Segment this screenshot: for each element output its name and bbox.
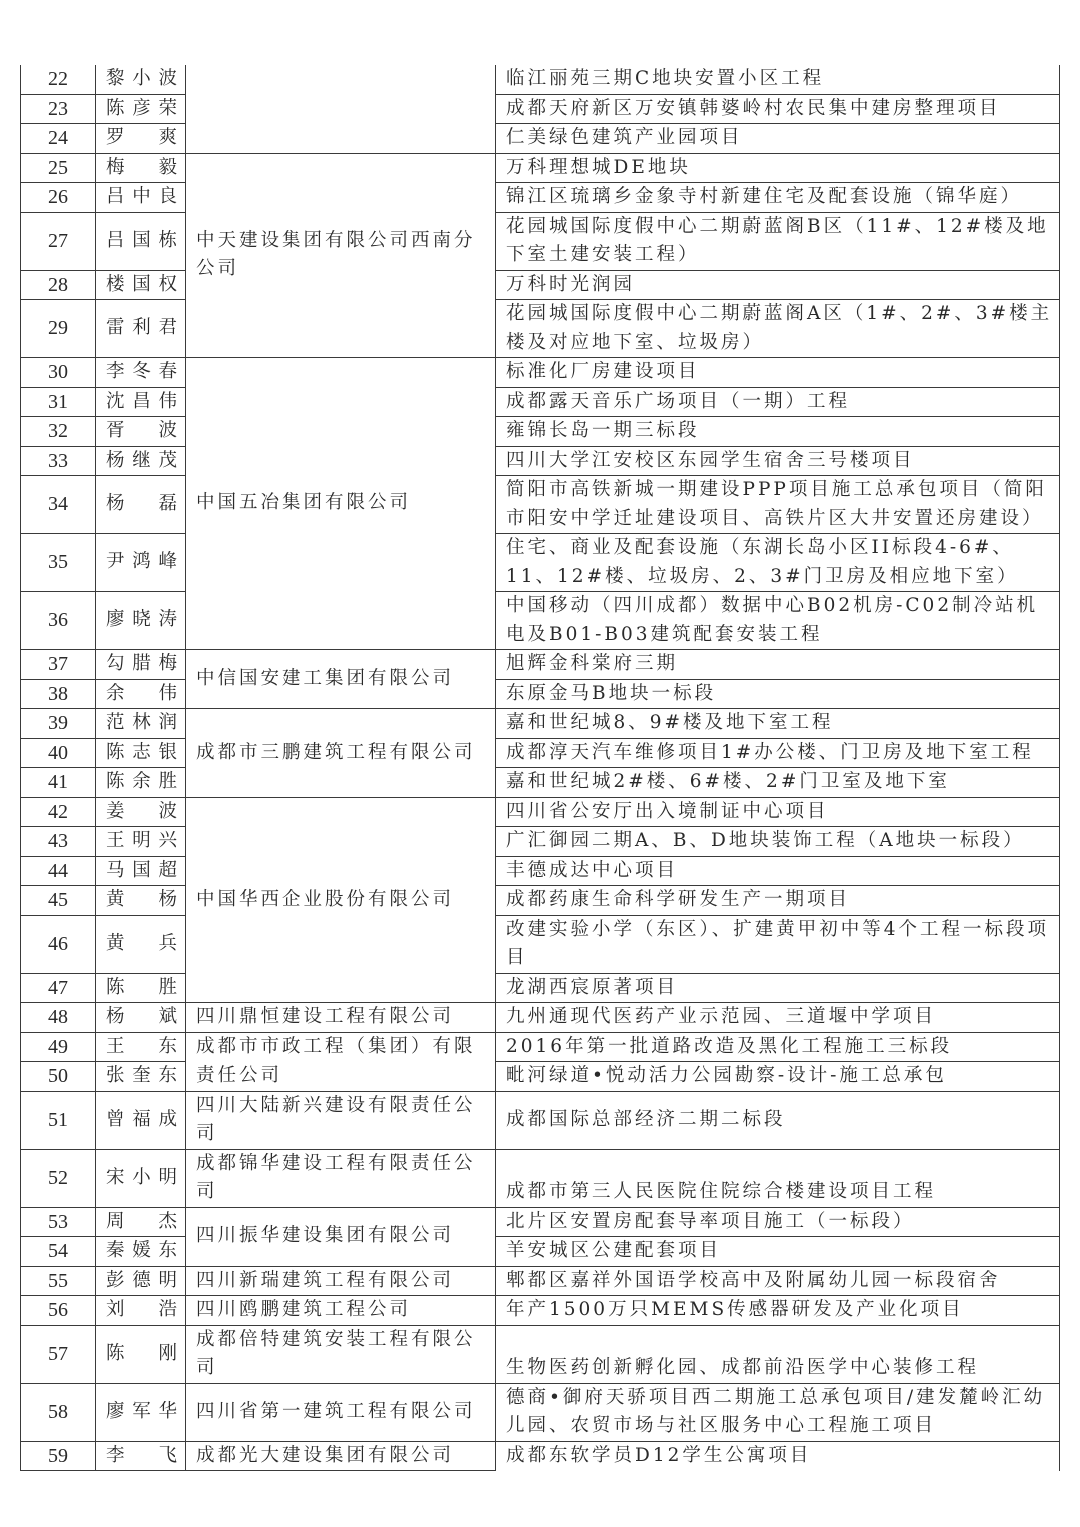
person-name: 廖晓涛	[96, 592, 186, 650]
row-number: 57	[21, 1325, 96, 1383]
project-name: 成都天府新区万安镇韩婆岭村农民集中建房整理项目	[496, 94, 1060, 124]
company-name: 中国五冶集团有限公司	[186, 358, 496, 650]
company-name: 成都倍特建筑安装工程有限公司	[186, 1325, 496, 1383]
table-row: 36 廖晓涛 中国移动（四川成都）数据中心B02机房-C02制冷站机电及B01-…	[21, 592, 1060, 650]
person-name: 余 伟	[96, 679, 186, 709]
project-name: 中国移动（四川成都）数据中心B02机房-C02制冷站机电及B01-B03建筑配套…	[496, 592, 1060, 650]
project-name: 嘉和世纪城2#楼、6#楼、2#门卫室及地下室	[496, 768, 1060, 798]
row-number: 34	[21, 476, 96, 534]
person-name: 吕国栋	[96, 212, 186, 270]
project-name: 简阳市高铁新城一期建设PPP项目施工总承包项目（简阳市阳安中学迁址建设项目、高铁…	[496, 476, 1060, 534]
project-name: 改建实验小学（东区）、扩建黄甲初中等4个工程一标段项目	[496, 915, 1060, 973]
person-name: 刘 浩	[96, 1296, 186, 1326]
person-name: 王明兴	[96, 827, 186, 857]
person-name: 曾福成	[96, 1091, 186, 1149]
table-row: 42 姜 波 中国华西企业股份有限公司 四川省公安厅出入境制证中心项目	[21, 797, 1060, 827]
project-name: 嘉和世纪城8、9#楼及地下室工程	[496, 709, 1060, 739]
row-number: 24	[21, 124, 96, 154]
table-row: 44 马国超 丰德成达中心项目	[21, 856, 1060, 886]
project-name: 成都东软学员D12学生公寓项目	[496, 1441, 1060, 1471]
table-row: 28 楼国权 万科时光润园	[21, 270, 1060, 300]
table-row: 48 杨 斌 四川鼎恒建设工程有限公司 九州通现代医药产业示范园、三道堰中学项目	[21, 1003, 1060, 1033]
row-number: 41	[21, 768, 96, 798]
company-name: 成都市三鹏建筑工程有限公司	[186, 709, 496, 798]
table-row: 26 吕中良 锦江区琉璃乡金象寺村新建住宅及配套设施（锦华庭）	[21, 183, 1060, 213]
table-row: 37 勾腊梅 中信国安建工集团有限公司 旭辉金科棠府三期	[21, 650, 1060, 680]
row-number: 49	[21, 1032, 96, 1062]
row-number: 52	[21, 1149, 96, 1207]
row-number: 22	[21, 65, 96, 94]
table-row: 24 罗 爽 仁美绿色建筑产业园项目	[21, 124, 1060, 154]
row-number: 38	[21, 679, 96, 709]
project-name: 雍锦长岛一期三标段	[496, 417, 1060, 447]
person-name: 吕中良	[96, 183, 186, 213]
person-name: 梅 毅	[96, 153, 186, 183]
table-row: 59 李 飞 成都光大建设集团有限公司 成都东软学员D12学生公寓项目	[21, 1441, 1060, 1471]
project-name: 花园城国际度假中心二期蔚蓝阁B区（11#、12#楼及地下室土建安装工程）	[496, 212, 1060, 270]
row-number: 37	[21, 650, 96, 680]
person-name: 宋小明	[96, 1149, 186, 1207]
table-row: 33 杨继茂 四川大学江安校区东园学生宿舍三号楼项目	[21, 446, 1060, 476]
person-name: 黄 杨	[96, 886, 186, 916]
table-row: 29 雷利君 花园城国际度假中心二期蔚蓝阁A区（1#、2#、3#楼主楼及对应地下…	[21, 300, 1060, 358]
row-number: 46	[21, 915, 96, 973]
person-name: 廖军华	[96, 1383, 186, 1441]
company-name: 成都光大建设集团有限公司	[186, 1441, 496, 1471]
person-name: 雷利君	[96, 300, 186, 358]
person-name: 周 杰	[96, 1207, 186, 1237]
person-name: 罗 爽	[96, 124, 186, 154]
table-row: 38 余 伟 东原金马B地块一标段	[21, 679, 1060, 709]
row-number: 35	[21, 534, 96, 592]
project-name: 临江丽苑三期C地块安置小区工程	[496, 65, 1060, 94]
company-name: 四川大陆新兴建设有限责任公司	[186, 1091, 496, 1149]
table-row: 47 陈 胜 龙湖西宸原著项目	[21, 973, 1060, 1003]
table-row: 32 胥 波 雍锦长岛一期三标段	[21, 417, 1060, 447]
row-number: 42	[21, 797, 96, 827]
person-name: 马国超	[96, 856, 186, 886]
person-name: 杨继茂	[96, 446, 186, 476]
row-number: 43	[21, 827, 96, 857]
project-name: 羊安城区公建配套项目	[496, 1237, 1060, 1267]
table-row: 41 陈余胜 嘉和世纪城2#楼、6#楼、2#门卫室及地下室	[21, 768, 1060, 798]
person-name: 陈彦荣	[96, 94, 186, 124]
project-name: 四川省公安厅出入境制证中心项目	[496, 797, 1060, 827]
table-row: 39 范林润 成都市三鹏建筑工程有限公司 嘉和世纪城8、9#楼及地下室工程	[21, 709, 1060, 739]
project-name: 德商•御府天骄项目西二期施工总承包项目/建发麓岭汇幼儿园、农贸市场与社区服务中心…	[496, 1383, 1060, 1441]
row-number: 59	[21, 1441, 96, 1471]
row-number: 25	[21, 153, 96, 183]
company-name: 中国华西企业股份有限公司	[186, 797, 496, 1003]
company-name: 中天建设集团有限公司西南分公司	[186, 153, 496, 358]
project-name: 成都露天音乐广场项目（一期）工程	[496, 387, 1060, 417]
table-row: 35 尹鸿峰 住宅、商业及配套设施（东湖长岛小区II标段4-6#、11、12#楼…	[21, 534, 1060, 592]
project-name: 成都国际总部经济二期二标段	[496, 1091, 1060, 1149]
table-row: 57 陈 刚 成都倍特建筑安装工程有限公司 生物医药创新孵化园、成都前沿医学中心…	[21, 1325, 1060, 1383]
row-number: 58	[21, 1383, 96, 1441]
company-name: 四川振华建设集团有限公司	[186, 1207, 496, 1266]
project-name: 龙湖西宸原著项目	[496, 973, 1060, 1003]
person-name: 王 东	[96, 1032, 186, 1062]
table-row: 23 陈彦荣 成都天府新区万安镇韩婆岭村农民集中建房整理项目	[21, 94, 1060, 124]
project-name: 年产1500万只MEMS传感器研发及产业化项目	[496, 1296, 1060, 1326]
row-number: 29	[21, 300, 96, 358]
person-name: 楼国权	[96, 270, 186, 300]
row-number: 54	[21, 1237, 96, 1267]
table-row: 43 王明兴 广汇御园二期A、B、D地块装饰工程（A地块一标段）	[21, 827, 1060, 857]
table-row: 51 曾福成 四川大陆新兴建设有限责任公司 成都国际总部经济二期二标段	[21, 1091, 1060, 1149]
project-name: 郫都区嘉祥外国语学校高中及附属幼儿园一标段宿舍	[496, 1266, 1060, 1296]
table-row: 34 杨 磊 简阳市高铁新城一期建设PPP项目施工总承包项目（简阳市阳安中学迁址…	[21, 476, 1060, 534]
row-number: 48	[21, 1003, 96, 1033]
project-name: 四川大学江安校区东园学生宿舍三号楼项目	[496, 446, 1060, 476]
project-name: 广汇御园二期A、B、D地块装饰工程（A地块一标段）	[496, 827, 1060, 857]
row-number: 33	[21, 446, 96, 476]
project-name: 毗河绿道•悦动活力公园勘察-设计-施工总承包	[496, 1062, 1060, 1092]
project-name: 住宅、商业及配套设施（东湖长岛小区II标段4-6#、11、12#楼、垃圾房、2、…	[496, 534, 1060, 592]
person-name: 胥 波	[96, 417, 186, 447]
table-row: 45 黄 杨 成都药康生命科学研发生产一期项目	[21, 886, 1060, 916]
row-number: 53	[21, 1207, 96, 1237]
table-row: 46 黄 兵 改建实验小学（东区）、扩建黄甲初中等4个工程一标段项目	[21, 915, 1060, 973]
company-name: 成都市市政工程（集团）有限责任公司	[186, 1032, 496, 1091]
table-row: 27 吕国栋 花园城国际度假中心二期蔚蓝阁B区（11#、12#楼及地下室土建安装…	[21, 212, 1060, 270]
person-name: 陈余胜	[96, 768, 186, 798]
table-row: 50 张奎东 毗河绿道•悦动活力公园勘察-设计-施工总承包	[21, 1062, 1060, 1092]
row-number: 39	[21, 709, 96, 739]
person-name: 杨 斌	[96, 1003, 186, 1033]
row-number: 51	[21, 1091, 96, 1149]
company-name: 成都锦华建设工程有限责任公司	[186, 1149, 496, 1207]
person-name: 沈昌伟	[96, 387, 186, 417]
table-row: 58 廖军华 四川省第一建筑工程有限公司 德商•御府天骄项目西二期施工总承包项目…	[21, 1383, 1060, 1441]
project-name: 锦江区琉璃乡金象寺村新建住宅及配套设施（锦华庭）	[496, 183, 1060, 213]
personnel-project-table: 22 黎小波 临江丽苑三期C地块安置小区工程 23 陈彦荣 成都天府新区万安镇韩…	[20, 65, 1060, 1471]
company-name: 四川新瑞建筑工程有限公司	[186, 1266, 496, 1296]
project-name: 成都药康生命科学研发生产一期项目	[496, 886, 1060, 916]
project-name: 东原金马B地块一标段	[496, 679, 1060, 709]
table-row: 22 黎小波 临江丽苑三期C地块安置小区工程	[21, 65, 1060, 94]
person-name: 杨 磊	[96, 476, 186, 534]
row-number: 23	[21, 94, 96, 124]
table-row: 55 彭德明 四川新瑞建筑工程有限公司 郫都区嘉祥外国语学校高中及附属幼儿园一标…	[21, 1266, 1060, 1296]
project-name: 成都淳天汽车维修项目1#办公楼、门卫房及地下室工程	[496, 738, 1060, 768]
row-number: 40	[21, 738, 96, 768]
table-row: 49 王 东 成都市市政工程（集团）有限责任公司 2016年第一批道路改造及黑化…	[21, 1032, 1060, 1062]
project-name: 仁美绿色建筑产业园项目	[496, 124, 1060, 154]
person-name: 秦媛东	[96, 1237, 186, 1267]
person-name: 陈志银	[96, 738, 186, 768]
personnel-project-table-page: 22 黎小波 临江丽苑三期C地块安置小区工程 23 陈彦荣 成都天府新区万安镇韩…	[20, 65, 1060, 1471]
person-name: 姜 波	[96, 797, 186, 827]
row-number: 28	[21, 270, 96, 300]
project-name: 万科理想城DE地块	[496, 153, 1060, 183]
table-row: 25 梅 毅 中天建设集团有限公司西南分公司 万科理想城DE地块	[21, 153, 1060, 183]
row-number: 27	[21, 212, 96, 270]
company-name: 中信国安建工集团有限公司	[186, 650, 496, 709]
person-name: 陈 胜	[96, 973, 186, 1003]
table-row: 54 秦媛东 羊安城区公建配套项目	[21, 1237, 1060, 1267]
table-row: 56 刘 浩 四川鸥鹏建筑工程公司 年产1500万只MEMS传感器研发及产业化项…	[21, 1296, 1060, 1326]
table-row: 52 宋小明 成都锦华建设工程有限责任公司 成都市第三人民医院住院综合楼建设项目…	[21, 1149, 1060, 1207]
person-name: 张奎东	[96, 1062, 186, 1092]
table-row: 30 李冬春 中国五冶集团有限公司 标准化厂房建设项目	[21, 358, 1060, 388]
table-row: 53 周 杰 四川振华建设集团有限公司 北片区安置房配套导率项目施工（一标段）	[21, 1207, 1060, 1237]
row-number: 36	[21, 592, 96, 650]
person-name: 李 飞	[96, 1441, 186, 1471]
project-name: 北片区安置房配套导率项目施工（一标段）	[496, 1207, 1060, 1237]
person-name: 彭德明	[96, 1266, 186, 1296]
project-name: 万科时光润园	[496, 270, 1060, 300]
table-row: 40 陈志银 成都淳天汽车维修项目1#办公楼、门卫房及地下室工程	[21, 738, 1060, 768]
project-name: 旭辉金科棠府三期	[496, 650, 1060, 680]
company-name: 四川鼎恒建设工程有限公司	[186, 1003, 496, 1033]
row-number: 26	[21, 183, 96, 213]
row-number: 31	[21, 387, 96, 417]
row-number: 56	[21, 1296, 96, 1326]
row-number: 32	[21, 417, 96, 447]
person-name: 勾腊梅	[96, 650, 186, 680]
project-name: 丰德成达中心项目	[496, 856, 1060, 886]
company-name: 四川省第一建筑工程有限公司	[186, 1383, 496, 1441]
company-name	[186, 65, 496, 153]
project-name: 九州通现代医药产业示范园、三道堰中学项目	[496, 1003, 1060, 1033]
row-number: 30	[21, 358, 96, 388]
row-number: 50	[21, 1062, 96, 1092]
table-row: 31 沈昌伟 成都露天音乐广场项目（一期）工程	[21, 387, 1060, 417]
row-number: 44	[21, 856, 96, 886]
person-name: 李冬春	[96, 358, 186, 388]
project-name: 成都市第三人民医院住院综合楼建设项目工程	[496, 1149, 1060, 1207]
person-name: 黄 兵	[96, 915, 186, 973]
project-name: 2016年第一批道路改造及黑化工程施工三标段	[496, 1032, 1060, 1062]
project-name: 花园城国际度假中心二期蔚蓝阁A区（1#、2#、3#楼主楼及对应地下室、垃圾房）	[496, 300, 1060, 358]
project-name: 标准化厂房建设项目	[496, 358, 1060, 388]
person-name: 尹鸿峰	[96, 534, 186, 592]
row-number: 55	[21, 1266, 96, 1296]
row-number: 47	[21, 973, 96, 1003]
row-number: 45	[21, 886, 96, 916]
person-name: 陈 刚	[96, 1325, 186, 1383]
person-name: 范林润	[96, 709, 186, 739]
person-name: 黎小波	[96, 65, 186, 94]
project-name: 生物医药创新孵化园、成都前沿医学中心装修工程	[496, 1325, 1060, 1383]
company-name: 四川鸥鹏建筑工程公司	[186, 1296, 496, 1326]
